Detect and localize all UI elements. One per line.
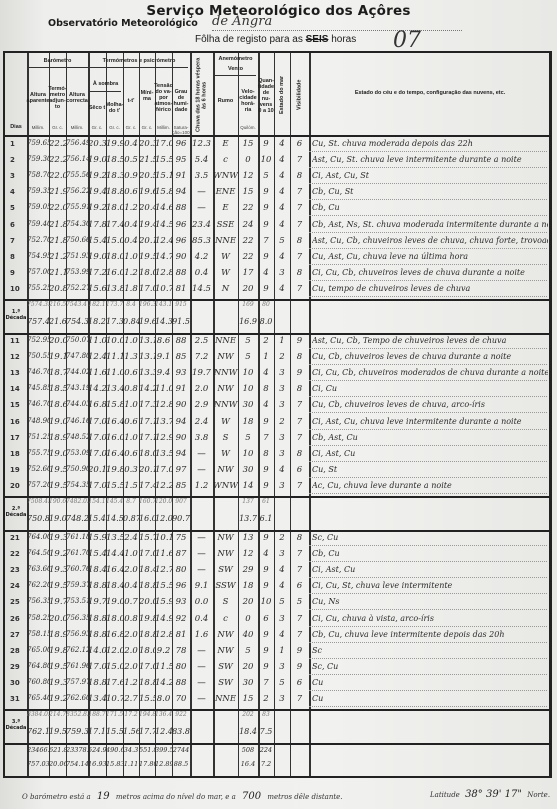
cell-term: 20.0 [49, 614, 66, 624]
day-number: 16 [10, 418, 20, 426]
cell-rumo: NW [213, 465, 238, 475]
cell-seco: 15.6 [88, 284, 106, 294]
row-guide [309, 280, 547, 281]
cell-rumo: NW [213, 630, 238, 640]
cell-rumo: E [213, 203, 238, 213]
table-row: 9757.0021.1753.9917.216.01.218.012.8880.… [5, 267, 549, 283]
table-row: 7752.7021.8750.6615.415.00.420.112.49685… [5, 235, 549, 251]
cell-tensao: 12.8 [155, 400, 172, 410]
cell-tensao: 13.7 [155, 417, 172, 427]
cell-alt_ap: 752.60 [27, 465, 49, 473]
cell-min: 18.0 [139, 646, 155, 656]
cell-seco: 188.7 [88, 711, 106, 718]
cell-min: 18.8 [139, 630, 155, 640]
cell-diff: 0.9 [123, 171, 139, 181]
cell-tensao: 14.9 [155, 614, 172, 624]
cell-term: 21.65 [49, 317, 66, 326]
cell-seco: 182.1 [88, 301, 106, 308]
cell-molh: 13.8 [106, 284, 123, 294]
day-number: 12 [10, 353, 20, 361]
header-rule [5, 135, 549, 137]
cell-hum: 96 [172, 139, 190, 149]
cell-term: 20.0 [49, 336, 66, 346]
cell-diff: 0.8 [123, 384, 139, 394]
cell-tensao: 14.6 [155, 203, 172, 213]
cell-alt_c: 7482.03 [66, 498, 88, 505]
row-guide [309, 593, 547, 594]
cell-vis: 7 [290, 630, 309, 640]
cell-molh: 173.7 [106, 301, 123, 308]
cell-mar: 3 [274, 694, 290, 704]
cell-mar: 4 [274, 139, 290, 149]
table-row: 18755.7519.0753.0917.016.40.618.013.594—… [5, 448, 549, 464]
table-row: 1759.6522.2756.4920.319.90.420.317.09612… [5, 138, 549, 154]
cell-alt_ap: 759.40 [27, 220, 49, 228]
cell-mar: 3 [274, 662, 290, 672]
cell-seco: 20.3 [88, 139, 106, 149]
table-row: 2759.3022.2756.1419.018.50.521.515.5955.… [5, 154, 549, 170]
cell-nuv: 9 [258, 465, 274, 475]
cell-nuv: 4 [258, 400, 274, 410]
cell-vel: 0 [238, 155, 258, 165]
sky-remark: Cu, tempo de chuveiros leves de chuva [312, 284, 548, 293]
cell-hum: 88 [172, 268, 190, 278]
cell-min: 17.1 [139, 433, 155, 443]
cell-alt_c: 761.18 [66, 533, 88, 541]
cell-chuva: — [190, 662, 213, 672]
sheet-suffix: horas [331, 34, 356, 45]
cell-molh: 13.5 [106, 533, 123, 543]
day-number: 9 [10, 269, 15, 277]
row-guide [309, 690, 547, 691]
col-header-sombra: À sombra [88, 79, 123, 89]
cell-min: 20.1 [139, 236, 155, 246]
cell-alt_ap: 765.00 [27, 646, 49, 654]
cell-hum: 915 [172, 301, 190, 308]
cell-tensao: 15.1 [155, 171, 172, 181]
cell-hum: 90 [172, 433, 190, 443]
sky-remark: Cu, St [312, 465, 548, 474]
cell-term: 20.06 [49, 760, 66, 768]
cell-min: 194.8 [139, 711, 155, 718]
cell-chuva: 3.8 [190, 433, 213, 443]
table-row: 5759.0522.0755.9119.218.01.220.414.688—E… [5, 202, 549, 218]
cell-seco: 17.0 [88, 662, 106, 672]
cell-seco: 11.6 [88, 368, 106, 378]
cell-chuva: 7.2 [190, 352, 213, 362]
cell-molh: 12.0 [106, 646, 123, 656]
sky-remark: Cb, Cu, St [312, 187, 548, 196]
table-row: 25756.3519.7753.5119.719.00.720.015.9930… [5, 596, 549, 612]
cell-vel: 10 [238, 368, 258, 378]
cell-diff: 0.6 [123, 449, 139, 459]
cell-vis: 6 [290, 581, 309, 591]
cell-tensao: 14.2 [155, 678, 172, 688]
cell-vel: 22 [238, 203, 258, 213]
barometer-distance: 700 [238, 791, 265, 802]
cell-vis: 7 [290, 155, 309, 165]
cell-chuva: — [190, 549, 213, 559]
cell-alt_c: 23378.34 [66, 746, 88, 754]
cell-alt_ap: 759.05 [27, 203, 49, 211]
cell-alt_c: 743.19 [66, 384, 88, 392]
cell-mar: 5 [274, 678, 290, 688]
cell-seco: 18.8 [88, 614, 106, 624]
sky-remark: Cu, St. chuva moderada depois das 22h [312, 139, 548, 148]
day-number: 18 [10, 450, 20, 458]
cell-molh: 11.0 [106, 368, 123, 378]
table-row: 4759.3521.9756.2219.418.80.619.615.894—E… [5, 186, 549, 202]
col-header-estado-mar: Estado do mar [274, 57, 290, 133]
cell-alt_c: 759.37 [66, 581, 88, 589]
cell-tensao: 12.2 [155, 481, 172, 491]
cell-molh: 19.9 [106, 139, 123, 149]
cell-vis: 7 [290, 187, 309, 197]
unit-label: Quilóm. [238, 125, 258, 130]
cell-nuv: 224 [258, 746, 274, 754]
cell-molh: 15.83 [106, 760, 123, 768]
cell-chuva: 2.0 [190, 384, 213, 394]
cell-mar: 4 [274, 220, 290, 230]
cell-hum: 78 [172, 646, 190, 656]
decade-3-sum: 8384.05214.78352.83188.7171.517.2194.813… [5, 710, 549, 726]
cell-alt_c: 755.91 [66, 203, 88, 211]
cell-rumo: NW [213, 646, 238, 656]
cell-molh: 16.8 [106, 630, 123, 640]
cell-tensao: 17.0 [155, 465, 172, 475]
latitude-label: Latitude [430, 791, 460, 799]
cell-diff: 2.4 [123, 533, 139, 543]
row-guide [309, 674, 547, 675]
cell-mar: 4 [274, 203, 290, 213]
sky-remark: Ci, Ast, Cu [312, 565, 548, 574]
cell-hum: 96 [172, 581, 190, 591]
day-number: 10 [10, 285, 20, 293]
cell-alt_c: 756.14 [66, 155, 88, 163]
cell-nuv: 8 [258, 384, 274, 394]
cell-alt_ap: 758.15 [27, 630, 49, 638]
cell-diff: 0.84 [123, 317, 139, 326]
cell-alt_c: 755.56 [66, 171, 88, 179]
barometer-middle: metros acima do nível do mar, e a [116, 793, 236, 801]
cell-nuv: 1 [258, 352, 274, 362]
cell-alt_ap: 746.70 [27, 368, 49, 376]
cell-nuv: 7.2 [258, 760, 274, 768]
cell-seco: 15.4 [88, 236, 106, 246]
cell-term: 22.2 [49, 155, 66, 165]
cell-tensao: 14.7 [155, 252, 172, 262]
cell-hum: 96 [172, 236, 190, 246]
sky-remark: Ast, Cu, St. chuva leve intermitente dur… [312, 155, 548, 164]
cell-vis: 5 [290, 597, 309, 607]
page-title: Serviço Meteorológico dos Açôres [0, 3, 557, 19]
cell-min: 17.0 [139, 284, 155, 294]
col-header-visibilidade: Visibilidade [290, 57, 309, 133]
cell-seco: 17.8 [88, 220, 106, 230]
col-header-t-diff: t-t' [123, 93, 139, 108]
cell-term: 190.6 [49, 498, 66, 505]
cell-mar: 4 [274, 581, 290, 591]
cell-hum: 85 [172, 481, 190, 491]
cell-tensao: 12.40 [155, 727, 172, 736]
cell-seco: 15.41 [88, 514, 106, 523]
cell-diff: 1.0 [123, 433, 139, 443]
cell-mar: 4 [274, 252, 290, 262]
row-guide [309, 215, 547, 216]
cell-alt_c: 762.12 [66, 646, 88, 654]
cell-vis: 6 [290, 139, 309, 149]
cell-hum: 94 [172, 417, 190, 427]
cell-alt_c: 761.96 [66, 662, 88, 670]
cell-diff: 0.6 [123, 187, 139, 197]
cell-chuva: 5.4 [190, 155, 213, 165]
day-number: 8 [10, 253, 15, 261]
cell-chuva: 0.4 [190, 268, 213, 278]
cell-hum: 70 [172, 694, 190, 704]
cell-tensao: 12.9 [155, 433, 172, 443]
cell-vel: 12 [238, 171, 258, 181]
col-header-barometro: Barómetro [27, 55, 88, 67]
hour-handwritten: 07 [393, 28, 421, 53]
day-number: 25 [10, 598, 20, 606]
cell-seco: 18.21 [88, 317, 106, 326]
cell-rumo: NW [213, 384, 238, 394]
sky-remark: Sc [312, 646, 548, 655]
cell-alt_c: 8352.83 [66, 711, 88, 718]
decade-3-mean: 762.18619.52759.34817.1515.591.5617.7112… [5, 726, 549, 742]
cell-vis: 7 [290, 694, 309, 704]
cell-min: 17.80 [139, 760, 155, 768]
cell-seco: 18.8 [88, 630, 106, 640]
unit-label: Gr. c. [139, 125, 155, 130]
cell-nuv: 9 [258, 565, 274, 575]
col-header-humidade: Grau de humi-dade [172, 88, 190, 113]
col-header-vento: Vento [213, 65, 258, 73]
cell-nuv: 4 [258, 268, 274, 278]
sheet-prefix: Fôlha de registo para as [195, 34, 303, 45]
cell-term: 21.8 [49, 236, 66, 246]
cell-min: 160.7 [139, 498, 155, 505]
cell-vis: 9 [290, 646, 309, 656]
cell-seco: 18.8 [88, 581, 106, 591]
cell-rumo: WNW [213, 481, 238, 491]
cell-hum: 91 [172, 384, 190, 394]
table-row: 12750.5519.1747.8012.411.11.313.19.1857.… [5, 351, 549, 367]
cell-nuv: 4 [258, 549, 274, 559]
cell-diff: 2.0 [123, 662, 139, 672]
cell-tensao: 14.5 [155, 220, 172, 230]
cell-hum: 83.8 [172, 727, 190, 736]
cell-mar: 4 [274, 171, 290, 181]
cell-rumo: NW [213, 352, 238, 362]
day-number: 27 [10, 631, 20, 639]
cell-diff: 0.5 [123, 155, 139, 165]
cell-vel: 20 [238, 597, 258, 607]
cell-min: 15.7 [139, 533, 155, 543]
sky-remark: Cu, Cb, chuveiros leves de chuva durante… [312, 352, 548, 361]
cell-vel: 508 [238, 746, 258, 754]
cell-hum: 87 [172, 549, 190, 559]
cell-nuv: 2 [258, 336, 274, 346]
day-number: 11 [10, 337, 20, 345]
cell-rumo: SW [213, 662, 238, 672]
cell-molh: 18.0 [106, 203, 123, 213]
cell-chuva: — [190, 465, 213, 475]
cell-term: 21.2 [49, 252, 66, 262]
cell-mar: 3 [274, 384, 290, 394]
cell-alt_ap: 755.25 [27, 284, 49, 292]
cell-vis: 8 [290, 449, 309, 459]
cell-alt_ap: 750.55 [27, 352, 49, 360]
cell-alt_ap: 765.40 [27, 694, 49, 702]
sky-remark: Cu, Cb, chuveiros leves de chuva, arco-í… [312, 400, 548, 409]
cell-seco: 19.0 [88, 252, 106, 262]
cell-term: 19.5 [49, 662, 66, 672]
day-number: 26 [10, 615, 20, 623]
cell-alt_ap: 750.845 [27, 514, 49, 523]
cell-hum: 94 [172, 187, 190, 197]
row-guide [309, 264, 547, 265]
cell-vel: 17 [238, 268, 258, 278]
cell-min: 18.8 [139, 581, 155, 591]
cell-nuv: 80 [258, 301, 274, 308]
cell-nuv: 9 [258, 252, 274, 262]
cell-tensao: 12.8 [155, 630, 172, 640]
cell-diff: 1.56 [123, 727, 139, 736]
cell-nuv: 10 [258, 155, 274, 165]
cell-nuv: 6 [258, 614, 274, 624]
table-row: 6759.4021.8754.3017.817.40.419.414.59623… [5, 219, 549, 235]
cell-mar: 3 [274, 268, 290, 278]
row-guide [309, 167, 547, 168]
cell-molh: 15.0 [106, 236, 123, 246]
log-sheet: Serviço Meteorológico dos Açôres Observa… [0, 0, 557, 809]
cell-min: 20.1 [139, 465, 155, 475]
row-guide [309, 477, 547, 478]
unit-label: Satura-ção=100 [172, 125, 190, 135]
cell-alt_ap: 757.20 [27, 481, 49, 489]
day-number: 7 [10, 237, 15, 245]
data-table: DiasBarómetroTermómetros e psicrómetroÀ … [3, 51, 552, 778]
cell-tensao: 13.5 [155, 449, 172, 459]
cell-hum: 75 [172, 533, 190, 543]
table-row: 21764.0019.3761.1815.913.52.415.710.175—… [5, 532, 549, 548]
cell-vis: 8 [290, 268, 309, 278]
cell-nuv: 7 [258, 236, 274, 246]
cell-mar: 3 [274, 368, 290, 378]
cell-alt_ap: 755.75 [27, 449, 49, 457]
col-header-rumo: Rumo [213, 93, 238, 108]
cell-mar: 4 [274, 565, 290, 575]
cell-vel: 5 [238, 646, 258, 656]
cell-hum: 88.5 [172, 760, 190, 768]
latitude-note: Latitude 38° 39' 17" Norte. [430, 789, 550, 800]
cell-term: 22.2 [49, 139, 66, 149]
cell-rumo: W [213, 417, 238, 427]
day-number: 20 [10, 482, 20, 490]
cell-vis: 6 [290, 465, 309, 475]
cell-alt_ap: 7574.35 [27, 301, 49, 308]
cell-diff: 2.7 [123, 694, 139, 704]
cell-diff: 1.8 [123, 284, 139, 294]
cell-seco: 154.1 [88, 498, 106, 505]
anemometer-rule [213, 75, 256, 76]
cell-alt_c: 753.51 [66, 597, 88, 605]
cell-vel: 137 [238, 498, 258, 505]
table-row: 14745.8518.5743.1914.213.40.814.211.0912… [5, 383, 549, 399]
cell-diff: 0.4 [123, 220, 139, 230]
cell-alt_ap: 756.35 [27, 597, 49, 605]
col-header-molhado: Molha-do t' [106, 98, 123, 118]
observatory-name: de Angra [212, 14, 272, 29]
col-header-termometro-adjunto: Termó-metro adjun-to [49, 83, 66, 113]
cell-molh: 14.4 [106, 549, 123, 559]
row-guide [309, 364, 547, 365]
cell-chuva: 2.4 [190, 417, 213, 427]
cell-molh: 16.0 [106, 433, 123, 443]
cell-term: 19.3 [49, 678, 66, 688]
cell-tensao: 9.1 [155, 352, 172, 362]
cell-diff: 2.0 [123, 646, 139, 656]
cell-tensao: 399.5 [155, 746, 172, 754]
sky-remark: Ci, Cu [312, 384, 548, 393]
cell-diff: 0.4 [123, 581, 139, 591]
unit-label: Millim. [27, 125, 49, 130]
row-guide [309, 642, 547, 643]
cell-min: 18.4 [139, 565, 155, 575]
cell-term: 19.5 [49, 581, 66, 591]
cell-vis: 7 [290, 417, 309, 427]
latitude-value: 38° 39' 17" [462, 789, 525, 800]
cell-min: 18.8 [139, 678, 155, 688]
cell-min: 19.4 [139, 220, 155, 230]
table-row: 24762.2019.5759.3718.818.40.418.815.5969… [5, 580, 549, 596]
cell-hum: 81 [172, 284, 190, 294]
cell-chuva: — [190, 565, 213, 575]
col-header-tensao: Tensão do va-por atmos-férico [155, 83, 172, 113]
unit-label: Gr. c. [88, 125, 106, 130]
cell-rumo: E [213, 139, 238, 149]
cell-min: 15.5 [139, 694, 155, 704]
cell-vis: 6 [290, 678, 309, 688]
cell-diff: 0.3 [123, 465, 139, 475]
row-guide [309, 626, 547, 627]
cell-tensao: 12.00 [155, 514, 172, 523]
cell-alt_ap: 764.50 [27, 549, 49, 557]
sky-remark: Ci, Cu, Cb, chuveiros leves de chuva dur… [312, 268, 548, 277]
day-number: 28 [10, 647, 20, 655]
day-number: 17 [10, 434, 20, 442]
cell-diff: 1.5 [123, 481, 139, 491]
cell-hum: 92 [172, 614, 190, 624]
cell-diff: 0.8 [123, 614, 139, 624]
cell-chuva: — [190, 646, 213, 656]
cell-tensao: 14.31 [155, 317, 172, 326]
cell-nuv: 9 [258, 481, 274, 491]
cell-alt_c: 750.90 [66, 465, 88, 473]
cell-molh: 19.0 [106, 597, 123, 607]
cell-vel: 18 [238, 581, 258, 591]
cell-seco: 18.8 [88, 678, 106, 688]
cell-seco: 17.2 [88, 268, 106, 278]
row-guide [309, 380, 547, 381]
cell-seco: 16.8 [88, 400, 106, 410]
cell-alt_c: 759.348 [66, 727, 88, 736]
row-guide [309, 429, 547, 430]
cell-rumo: W [213, 449, 238, 459]
cell-rumo: SSE [213, 220, 238, 230]
row-guide [309, 609, 547, 610]
